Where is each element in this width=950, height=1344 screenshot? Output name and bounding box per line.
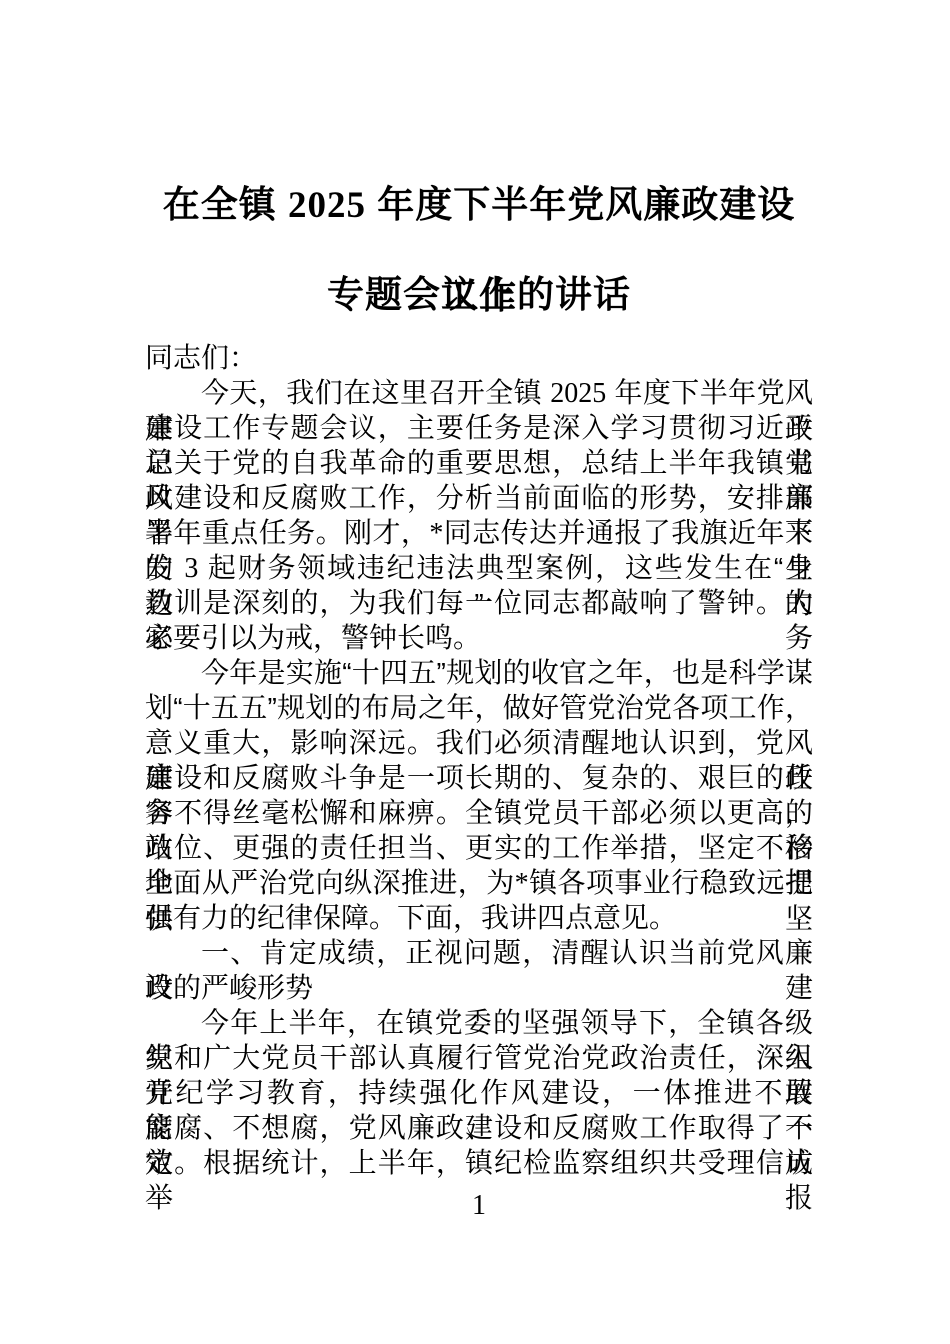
body-line: 今天，我们在这里召开全镇 2025 年度下半年党风廉政 [145,375,813,410]
title-line-2: 专题会议上的讲话 [145,250,813,340]
body-line: 今年是实施“十四五”规划的收官之年，也是科学谋 [145,655,813,690]
body-line: 党纪学习教育，持续强化作风建设，一体推进不敢腐、不 [145,1075,813,1110]
body-line: 能腐、不想腐，党风廉政建设和反腐败工作取得了一定成 [145,1110,813,1145]
body-line: 意义重大，影响深远。我们必须清醒地认识到，党风廉政 [145,725,813,760]
body-line: 建设工作专题会议，主要任务是深入学习贯彻习近平总书 [145,410,813,445]
body-line: 建设和反腐败斗争是一项长期的、复杂的、艰巨的任务， [145,760,813,795]
body-line: 全面从严治党向纵深推进，为*镇各项事业行稳致远提供坚 [145,865,813,900]
body-line: 效。根据统计，上半年，镇纪检监察组织共受理信访举报 [145,1145,813,1180]
body-line: 政建设和反腐败工作，分析当前面临的形势，安排部署下 [145,480,813,515]
body-line: 划“十五五”规划的布局之年，做好管党治党各项工作， [145,690,813,725]
document-body: 同志们： 今天，我们在这里召开全镇 2025 年度下半年党风廉政 建设工作专题会… [145,340,813,1180]
section-heading-line: 一、肯定成绩，正视问题，清醒认识当前党风廉政建 [145,935,813,970]
body-line: 的 3 起财务领域违纪违法典型案例，这些发生在“身边”的 [145,550,813,585]
body-line: 记关于党的自我革命的重要思想，总结上半年我镇党风廉 [145,445,813,480]
body-line: 教训是深刻的，为我们每一位同志都敲响了警钟。大家务 [145,585,813,620]
title-line-1: 在全镇 2025 年度下半年党风廉政建设工作 [145,160,813,250]
document-page: 在全镇 2025 年度下半年党风廉政建设工作 专题会议上的讲话 同志们： 今天，… [0,0,950,1344]
body-line: 容不得丝毫松懈和麻痹。全镇党员干部必须以更高的政治 [145,795,813,830]
salutation-line: 同志们： [145,340,813,375]
body-line: 织和广大党员干部认真履行管党治党政治责任，深入开展 [145,1040,813,1075]
body-line: 站位、更强的责任担当、更实的工作举措，坚定不移地把 [145,830,813,865]
document-title: 在全镇 2025 年度下半年党风廉政建设工作 专题会议上的讲话 [145,160,813,340]
body-line: 今年上半年，在镇党委的坚强领导下，全镇各级党组 [145,1005,813,1040]
document-content: 在全镇 2025 年度下半年党风廉政建设工作 专题会议上的讲话 同志们： 今天，… [0,0,950,1223]
body-line: 半年重点任务。刚才，*同志传达并通报了我旗近年来发生 [145,515,813,550]
